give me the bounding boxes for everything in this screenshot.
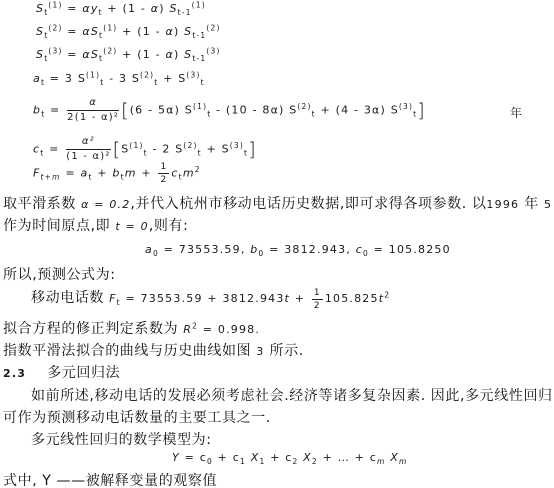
formula-at: at = 3 S(1)t - 3 S(2)t + S(3)t	[33, 72, 205, 85]
section-heading: 2.3 多元回归法	[3, 362, 120, 382]
r-squared-line: 拟合方程的修正判定系数为 R2 = 0.998.	[3, 318, 260, 338]
where-line: 式中, Y ——被解释变量的观察值	[3, 470, 217, 488]
margin-char: 年	[510, 104, 522, 121]
paragraph-4: 多元线性回归的数学模型为:	[31, 429, 212, 449]
paragraph-2: 所以,预测公式为:	[3, 264, 116, 284]
paragraph-3-line-2: 可作为预测移动电话数量的主要工具之一.	[3, 407, 271, 427]
parameter-values: a0 = 73553.59, b0 = 3812.943, c0 = 105.8…	[145, 243, 451, 256]
regression-model-formula: Y = c0 + c1 X1 + c2 X2 + … + cm Xm	[172, 451, 407, 464]
formula-ct: ct = α²(1 - α)²[S(1)t - 2 S(2)t + S(3)t]	[33, 136, 257, 163]
paragraph-1-line-1: 取平滑系数 α = 0.2,并代入杭州市移动电话历史数据,即可求得各项参数. 以…	[3, 193, 554, 213]
prediction-formula: 移动电话数 Ft = 73553.59 + 3812.943t + 12105.…	[31, 287, 390, 311]
paragraph-1-line-2: 作为时间原点,即 t = 0,则有:	[3, 215, 188, 235]
section-number: 2.3	[3, 367, 26, 380]
figure-reference: 指数平滑法拟合的曲线与历史曲线如图 3 所示.	[3, 340, 304, 360]
paragraph-3-line-1: 如前所述,移动电话的发展必须考虑社会.经济等诸多复杂因素. 因此,多元线性回归	[31, 385, 553, 405]
formula-s3: St(3) = αSt(2) + (1 - α) St-1(3)	[36, 48, 221, 61]
formula-forecast: Ft+m = at + btm + 12ctm2	[33, 162, 201, 185]
formula-s1: St(1) = αyt + (1 - α) St-1(1)	[36, 2, 206, 15]
section-title: 多元回归法	[47, 365, 120, 381]
formula-s2: St(2) = αSt(1) + (1 - α) St-1(2)	[36, 25, 221, 38]
formula-bt: bt = α2(1 - α)²[(6 - 5α) S(1)t - (10 - 8…	[33, 97, 426, 124]
